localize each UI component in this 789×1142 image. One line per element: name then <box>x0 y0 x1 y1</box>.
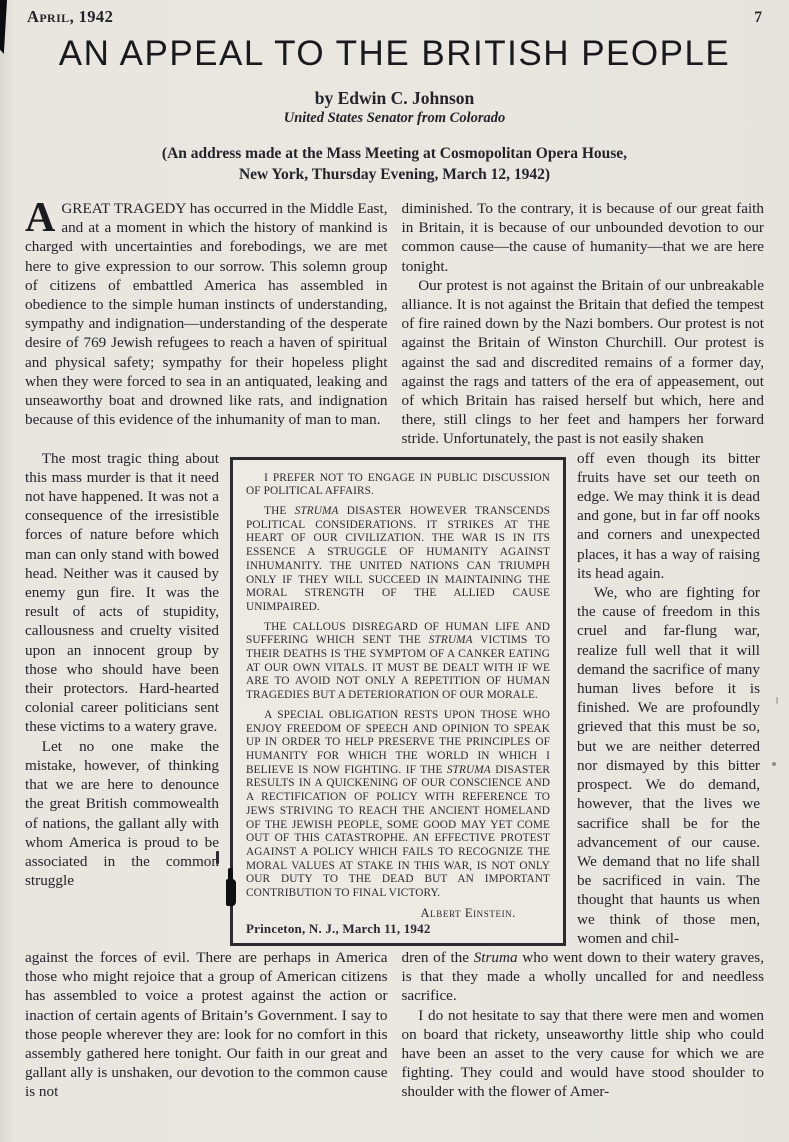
paragraph: We, who are fighting for the cause of fr… <box>577 583 760 948</box>
body-row-top: AGREAT TRAGEDY has occurred in the Middl… <box>25 199 764 449</box>
paragraph: against the forces of evil. There are pe… <box>25 948 388 1102</box>
issue-date: April, 1942 <box>27 7 113 27</box>
right-column-bottom: dren of the Struma who went down to thei… <box>402 948 765 1102</box>
byline: by Edwin C. Johnson <box>0 87 789 109</box>
article-body: AGREAT TRAGEDY has occurred in the Middl… <box>0 199 789 1102</box>
right-column-top: diminished. To the contrary, it is becau… <box>402 199 765 449</box>
magazine-page: April, 1942 7 AN APPEAL TO THE BRITISH P… <box>0 0 789 1142</box>
paragraph: off even though its bitter fruits have s… <box>577 449 760 583</box>
body-row-middle: The most tragic thing about this mass mu… <box>25 449 764 948</box>
dateline: Princeton, N. J., March 11, 1942 <box>246 922 550 936</box>
address-note-line1: (An address made at the Mass Meeting at … <box>0 143 789 164</box>
paragraph-text: GREAT TRAGEDY has occurred in the Middle… <box>25 200 388 428</box>
left-column-top: AGREAT TRAGEDY has occurred in the Middl… <box>25 199 388 449</box>
left-column-narrow: The most tragic thing about this mass mu… <box>25 449 219 891</box>
einstein-statement-boxwrap: I PREFER NOT TO ENGAGE IN PUBLIC DISCUSS… <box>230 449 566 947</box>
paragraph: Let no one make the mistake, however, of… <box>25 737 219 891</box>
page-header: April, 1942 7 <box>0 0 789 27</box>
paragraph: dren of the Struma who went down to thei… <box>402 948 765 1006</box>
box-paragraph: THE STRUMA DISASTER HOWEVER TRANSCENDS P… <box>246 505 550 615</box>
drop-cap: A <box>25 202 55 235</box>
page-number: 7 <box>754 9 764 27</box>
address-note-line2: New York, Thursday Evening, March 12, 19… <box>0 164 789 185</box>
scan-speck <box>772 762 776 766</box>
address-note: (An address made at the Mass Meeting at … <box>0 143 789 185</box>
box-paragraph: THE CALLOUS DISREGARD OF HUMAN LIFE AND … <box>246 621 550 703</box>
paragraph: I do not hesitate to say that there were… <box>402 1006 765 1102</box>
byline-role: United States Senator from Colorado <box>0 109 789 128</box>
paragraph: AGREAT TRAGEDY has occurred in the Middl… <box>25 199 388 429</box>
article-title: AN APPEAL TO THE BRITISH PEOPLE <box>0 34 789 74</box>
paragraph: Our protest is not against the Britain o… <box>402 276 765 449</box>
einstein-statement-box: I PREFER NOT TO ENGAGE IN PUBLIC DISCUSS… <box>230 457 566 947</box>
right-column-narrow: off even though its bitter fruits have s… <box>577 449 760 948</box>
left-column-bottom: against the forces of evil. There are pe… <box>25 948 388 1102</box>
signature: Albert Einstein. <box>246 907 550 921</box>
box-paragraph: A SPECIAL OBLIGATION RESTS UPON THOSE WH… <box>246 709 550 901</box>
paragraph: diminished. To the contrary, it is becau… <box>402 199 765 276</box>
ink-mark <box>216 851 219 864</box>
paragraph: The most tragic thing about this mass mu… <box>25 449 219 737</box>
scan-speck <box>776 697 778 704</box>
box-paragraph: I PREFER NOT TO ENGAGE IN PUBLIC DISCUSS… <box>246 472 550 499</box>
ink-stain <box>226 879 236 906</box>
body-row-bottom: against the forces of evil. There are pe… <box>25 948 764 1102</box>
